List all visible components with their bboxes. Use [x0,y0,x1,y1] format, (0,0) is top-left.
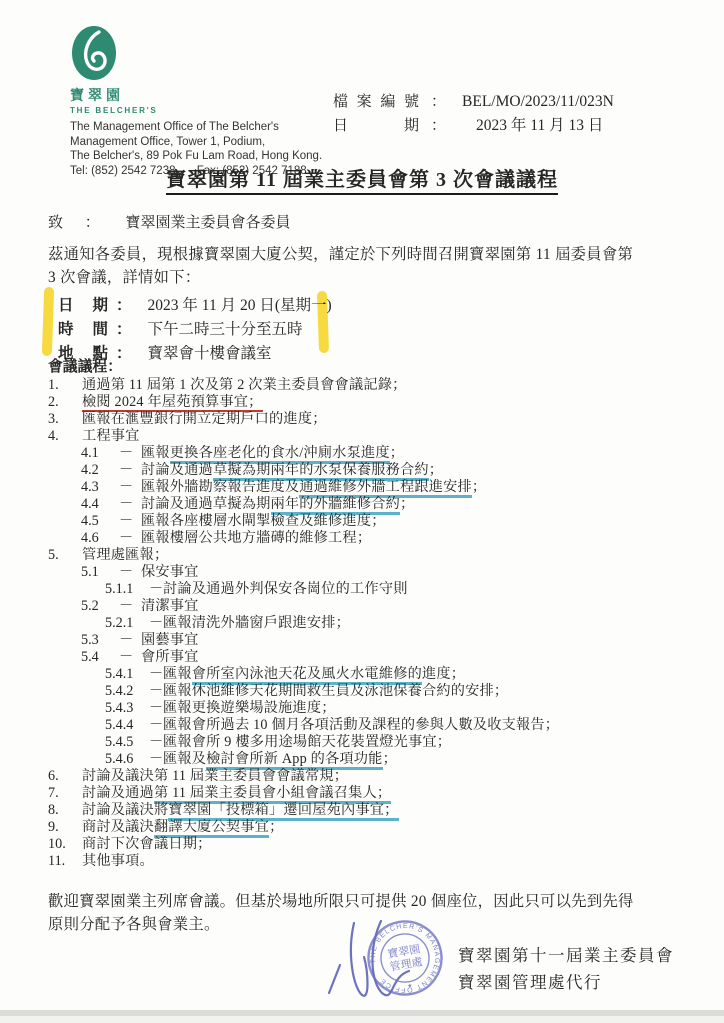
agenda-item-text: 匯報清洗外牆窗戶跟進安排； [163,615,350,632]
agenda-item-text: 匯報樓層公共地方牆磚的維修工程； [141,530,371,547]
agenda-item-number: 5.4.2 [105,683,149,700]
text-segment: 商討及議決 [82,819,154,835]
text-segment: 其他事項。 [82,853,154,869]
colon: ： [431,115,446,138]
agenda-item-dash: － [149,683,163,700]
agenda-item-dash: － [119,564,141,581]
text-segment: 討論及議決第 11 屆業主委員會會議常規； [82,768,348,784]
reference-block: 檔案編號 ： BEL/MO/2023/11/023N 日期 ： 2023 年 1… [333,90,693,138]
agenda-item-text: 商討及議決翻譯大廈公契事宜； [82,819,283,836]
file-number-value: BEL/MO/2023/11/023N [462,90,614,113]
agenda-item-dash: － [149,581,163,598]
agenda-item-10: 10.商討下次會議日期； [48,836,692,853]
agenda-item-5.4.2: 5.4.2－匯報休池維修天花期間救生員及泳池保養合約的安排； [48,683,692,700]
agenda-item-dash: － [119,649,141,666]
agenda-item-5.4.5: 5.4.5－匯報會所 9 樓多用途場館天花裝置燈光事宜； [48,734,692,751]
address-line: Management Office, Tower 1, Podium, [70,135,350,150]
agenda-item-number: 5.3 [81,632,119,649]
agenda-item-number: 4.1 [81,445,119,462]
agenda-item-5.4.1: 5.4.1－匯報會所室內泳池天花及風火水電維修的進度； [48,666,692,683]
agenda-item-text: 會所事宜 [141,649,199,666]
agenda-item-text: 匯報在滙豐銀行開立定期戶口的進度； [82,411,327,428]
meeting-details: 日期 ： 2023 年 11 月 20 日(星期一) 時間 ： 下午二時三十分至… [58,294,332,367]
text-segment: 匯報 [141,445,170,461]
agenda-item-text: 通過第 11 屆第 1 次及第 2 次業主委員會會議記錄； [82,377,407,394]
agenda-heading: 會議議程： [48,358,692,377]
agenda-item-text: 工程事宜 [82,428,140,445]
text-segment: 討論及通過外判保安各崗位的工作守則 [163,581,408,597]
meeting-time-value: 下午二時三十分至五時 [148,318,303,342]
text-segment: 匯報各座樓層水閘掣檢查及維修進度； [141,513,386,529]
agenda-item-number: 2. [48,394,82,411]
agenda-item-dash: － [149,615,163,632]
agenda-item-5.2: 5.2－清潔事宜 [48,598,692,615]
agenda-item-7: 7.討論及通過第 11 屆業主委員會小組會議召集人； [48,785,692,802]
signature-line: 寶翠園管理處代行 [458,969,674,996]
text-segment: 討論及議決將 [82,802,168,818]
agenda-item-number: 5.4.3 [105,700,149,717]
agenda-item-dash: － [119,479,141,496]
addressee-value: 寶翠園業主委員會各委員 [126,215,291,231]
signature-line: 寶翠園第十一屆業主委員會 [458,942,674,969]
text-segment: 通過第 11 屆第 1 次及第 2 次業主委員會會議記錄； [82,377,407,393]
signature-text-block: 寶翠園第十一屆業主委員會 寶翠園管理處代行 [458,942,674,996]
letterhead: 寶翠園 THE BELCHER'S The Management Office … [70,24,350,178]
intro-paragraph: 茲通知各委員，現根據寶翠園大廈公契，謹定於下列時間召開寶翠園第 11 屆委員會第… [48,244,692,289]
agenda-item-number: 9. [48,819,82,836]
agenda-item-4.4: 4.4－討論及通過草擬為期兩年的外牆維修合約； [48,496,692,513]
agenda-item-number: 5.4.6 [105,751,149,768]
document-title-text: 寶翠園第 11 屆業主委員會第 3 次會議議程 [166,169,558,195]
agenda-item-number: 5. [48,547,82,564]
agenda-item-4.2: 4.2－討論及通過草擬為期兩年的水泵保養服務合約； [48,462,692,479]
text-segment: 園藝事宜 [141,632,199,648]
agenda-item-5.4: 5.4－會所事宜 [48,649,692,666]
agenda-item-2: 2.檢閱 2024 年屋苑預算事宜； [48,394,692,411]
agenda-item-text: 匯報更換遊樂場設施進度； [163,700,336,717]
agenda-item-5.4.3: 5.4.3－匯報更換遊樂場設施進度； [48,700,692,717]
agenda-item-text: 匯報會所 9 樓多用途場館天花裝置燈光事宜； [163,734,451,751]
file-number-label: 檔案編號 [333,91,419,114]
agenda-item-text: 討論及議決將寶翠園「投標箱」遷回屋苑內事宜； [82,802,399,819]
agenda-item-5.2.1: 5.2.1－匯報清洗外牆窗戶跟進安排； [48,615,692,632]
agenda-item-number: 4.4 [81,496,119,513]
agenda-item-dash: － [149,734,163,751]
agenda-item-number: 5.1 [81,564,119,581]
management-office-stamp-icon: THE BELCHER'S MANAGEMENT OFFICE 寶翠園 管理處 … [360,913,450,1003]
agenda-item-text: 討論及通過外判保安各崗位的工作守則 [163,581,408,598]
text-segment: 進度； [422,666,465,682]
agenda-item-1: 1.通過第 11 屆第 1 次及第 2 次業主委員會會議記錄； [48,377,692,394]
colon: ： [116,294,132,318]
seating-note-line: 歡迎寶翠園業主列席會議。但基於場地所限只可提供 20 個座位，因此只可以先到先得 [48,891,692,914]
file-number-row: 檔案編號 ： BEL/MO/2023/11/023N [333,90,693,114]
text-segment: 匯報 [163,666,192,682]
text-segment: 商討下次會議日期； [82,836,212,852]
agenda-item-number: 8. [48,802,82,819]
agenda-item-number: 7. [48,785,82,802]
meeting-date-label: 日期 [58,294,108,318]
text-segment: 匯報外牆勘察報告進度及 [141,479,299,495]
agenda-item-4.6: 4.6－匯報樓層公共地方牆磚的維修工程； [48,530,692,547]
agenda-item-number: 5.2.1 [105,615,149,632]
agenda-item-number: 4. [48,428,82,445]
agenda-item-text: 匯報外牆勘察報告進度及通過維修外牆工程跟進安排； [141,479,486,496]
agenda-item-4.5: 4.5－匯報各座樓層水閘掣檢查及維修進度； [48,513,692,530]
agenda-item-number: 5.4.5 [105,734,149,751]
text-segment: 匯報更換遊樂場設施進度； [163,700,336,716]
meeting-time-label: 時間 [58,318,108,342]
agenda-item-number: 4.6 [81,530,119,547]
issue-date-label: 日期 [333,115,419,138]
agenda-item-4.3: 4.3－匯報外牆勘察報告進度及通過維修外牆工程跟進安排； [48,479,692,496]
stamp-star: ★ [407,982,414,990]
text-segment: ； [269,819,283,835]
agenda-item-number: 10. [48,836,82,853]
issue-date-row: 日期 ： 2023 年 11 月 13 日 [333,114,693,138]
colon: ： [116,318,132,342]
agenda-item-dash: － [149,700,163,717]
text-segment: ； [429,462,443,478]
agenda-item-6: 6.討論及議決第 11 屆業主委員會會議常規； [48,768,692,785]
yellow-highlight-left [42,287,54,356]
agenda-item-number: 11. [48,853,82,870]
text-segment: 會所事宜 [141,649,199,665]
meeting-time-row: 時間 ： 下午二時三十分至五時 [58,318,332,342]
address-line: The Management Office of The Belcher's [70,120,350,135]
agenda-item-number: 5.4.1 [105,666,149,683]
agenda-item-3: 3.匯報在滙豐銀行開立定期戶口的進度； [48,411,692,428]
marker-underlined-text: 檢閱 2024 年屋苑預算事宜； [82,394,263,412]
agenda-item-9: 9.商討及議決翻譯大廈公契事宜； [48,819,692,836]
agenda-item-number: 6. [48,768,82,785]
agenda-item-text: 討論及通過第 11 屆業主委員會小組會議召集人； [82,785,391,802]
colon: ： [431,91,446,114]
agenda-item-4: 4.工程事宜 [48,428,692,445]
agenda-item-number: 5.4 [81,649,119,666]
meeting-date-value: 2023 年 11 月 20 日(星期一) [148,294,332,318]
agenda-item-11: 11.其他事項。 [48,853,692,870]
agenda-item-text: 其他事項。 [82,853,154,870]
agenda-item-text: 匯報休池維修天花期間救生員及泳池保養合約的安排； [163,683,508,700]
agenda-section: 會議議程： 1.通過第 11 屆第 1 次及第 2 次業主委員會會議記錄；2.檢… [48,358,692,870]
agenda-item-number: 5.2 [81,598,119,615]
intro-line: 3 次會議，詳情如下： [48,267,692,290]
address-line: The Belcher's, 89 Pok Fu Lam Road, Hong … [70,149,350,164]
text-segment: 保安事宜 [141,564,199,580]
agenda-item-4.1: 4.1－匯報更換各座老化的食水/沖廁水泵進度； [48,445,692,462]
agenda-item-text: 匯報及檢討會所新 App 的各項功能； [163,751,397,768]
to-label: 致 [48,211,63,232]
addressee-row: 致 ： 寶翠園業主委員會各委員 [48,211,291,232]
colon: ： [85,215,100,231]
scan-background [0,1016,724,1023]
agenda-item-text: 商討下次會議日期； [82,836,212,853]
agenda-list: 1.通過第 11 屆第 1 次及第 2 次業主委員會會議記錄；2.檢閱 2024… [48,377,692,870]
agenda-item-number: 3. [48,411,82,428]
agenda-item-number: 4.2 [81,462,119,479]
agenda-item-dash: － [119,445,141,462]
scanned-meeting-agenda-document: { "header": { "logo": { "name_zh": "寶翠園"… [0,0,724,1023]
agenda-item-text: 討論及議決第 11 屆業主委員會會議常規； [82,768,348,785]
agenda-item-dash: － [149,666,163,683]
agenda-item-dash: － [119,496,141,513]
text-segment: 匯報清洗外牆窗戶跟進安排； [163,615,350,631]
text-segment: 匯報會所 9 樓多用途場館天花裝置燈光事宜； [163,734,451,750]
agenda-item-text: 匯報會所過去 10 個月各項活動及課程的參與人數及收支報告； [163,717,559,734]
text-segment: 匯報樓層公共地方牆磚的維修工程； [141,530,371,546]
agenda-item-8: 8.討論及議決將寶翠園「投標箱」遷回屋苑內事宜； [48,802,692,819]
agenda-item-text: 匯報更換各座老化的食水/沖廁水泵進度； [141,445,404,462]
agenda-item-5.4.6: 5.4.6－匯報及檢討會所新 App 的各項功能； [48,751,692,768]
text-segment: 討論及通過 [141,462,213,478]
agenda-item-5.3: 5.3－園藝事宜 [48,632,692,649]
text-segment: ； [390,445,404,461]
agenda-item-text: 管理處匯報； [82,547,168,564]
text-segment: 管理處匯報； [82,547,168,563]
agenda-item-text: 園藝事宜 [141,632,199,649]
agenda-item-dash: － [119,530,141,547]
agenda-item-text: 清潔事宜 [141,598,199,615]
agenda-item-dash: － [119,462,141,479]
issue-date-value: 2023 年 11 月 13 日 [476,114,603,137]
agenda-item-dash: － [119,513,141,530]
meeting-date-row: 日期 ： 2023 年 11 月 20 日(星期一) [58,294,332,318]
agenda-item-dash: － [149,717,163,734]
agenda-item-dash: － [149,751,163,768]
text-segment: 匯報休池維修天花期間救生員及泳池保養合約的安排； [163,683,508,699]
agenda-item-dash: － [119,632,141,649]
agenda-item-text: 討論及通過草擬為期兩年的水泵保養服務合約； [141,462,443,479]
text-segment: ； [400,496,414,512]
agenda-item-number: 5.1.1 [105,581,149,598]
agenda-item-text: 檢閱 2024 年屋苑預算事宜； [82,394,263,411]
agenda-item-5.1.1: 5.1.1－討論及通過外判保安各崗位的工作守則 [48,581,692,598]
agenda-item-5: 5.管理處匯報； [48,547,692,564]
intro-line: 茲通知各委員，現根據寶翠園大廈公契，謹定於下列時間召開寶翠園第 11 屆委員會第 [48,244,692,267]
agenda-item-5.4.4: 5.4.4－匯報會所過去 10 個月各項活動及課程的參與人數及收支報告； [48,717,692,734]
text-segment: 討論及通過草擬為期 [141,496,271,512]
text-segment: 工程事宜 [82,428,140,444]
agenda-item-text: 匯報各座樓層水閘掣檢查及維修進度； [141,513,386,530]
belchers-logo-icon [70,24,118,82]
agenda-item-5.1: 5.1－保安事宜 [48,564,692,581]
agenda-item-number: 4.5 [81,513,119,530]
agenda-item-text: 討論及通過草擬為期兩年的外牆維修合約； [141,496,414,513]
agenda-item-number: 5.4.4 [105,717,149,734]
text-segment: ； [472,479,486,495]
agenda-item-dash: － [119,598,141,615]
text-segment: 清潔事宜 [141,598,199,614]
agenda-item-text: 保安事宜 [141,564,199,581]
text-segment: 討論及通過 [82,785,154,801]
agenda-item-number: 4.3 [81,479,119,496]
text-segment: 匯報在滙豐銀行開立定期戶口的進度； [82,411,327,427]
document-title: 寶翠園第 11 屆業主委員會第 3 次會議議程 [0,163,724,192]
text-segment: 匯報及 [163,751,206,767]
logo-name-english: THE BELCHER'S [70,106,350,115]
text-segment: ； [383,751,397,767]
logo-name-chinese: 寶翠園 [70,85,350,105]
agenda-item-text: 匯報會所室內泳池天花及風火水電維修的進度； [163,666,465,683]
text-segment: 匯報會所過去 10 個月各項活動及課程的參與人數及收支報告； [163,717,559,733]
agenda-item-number: 1. [48,377,82,394]
